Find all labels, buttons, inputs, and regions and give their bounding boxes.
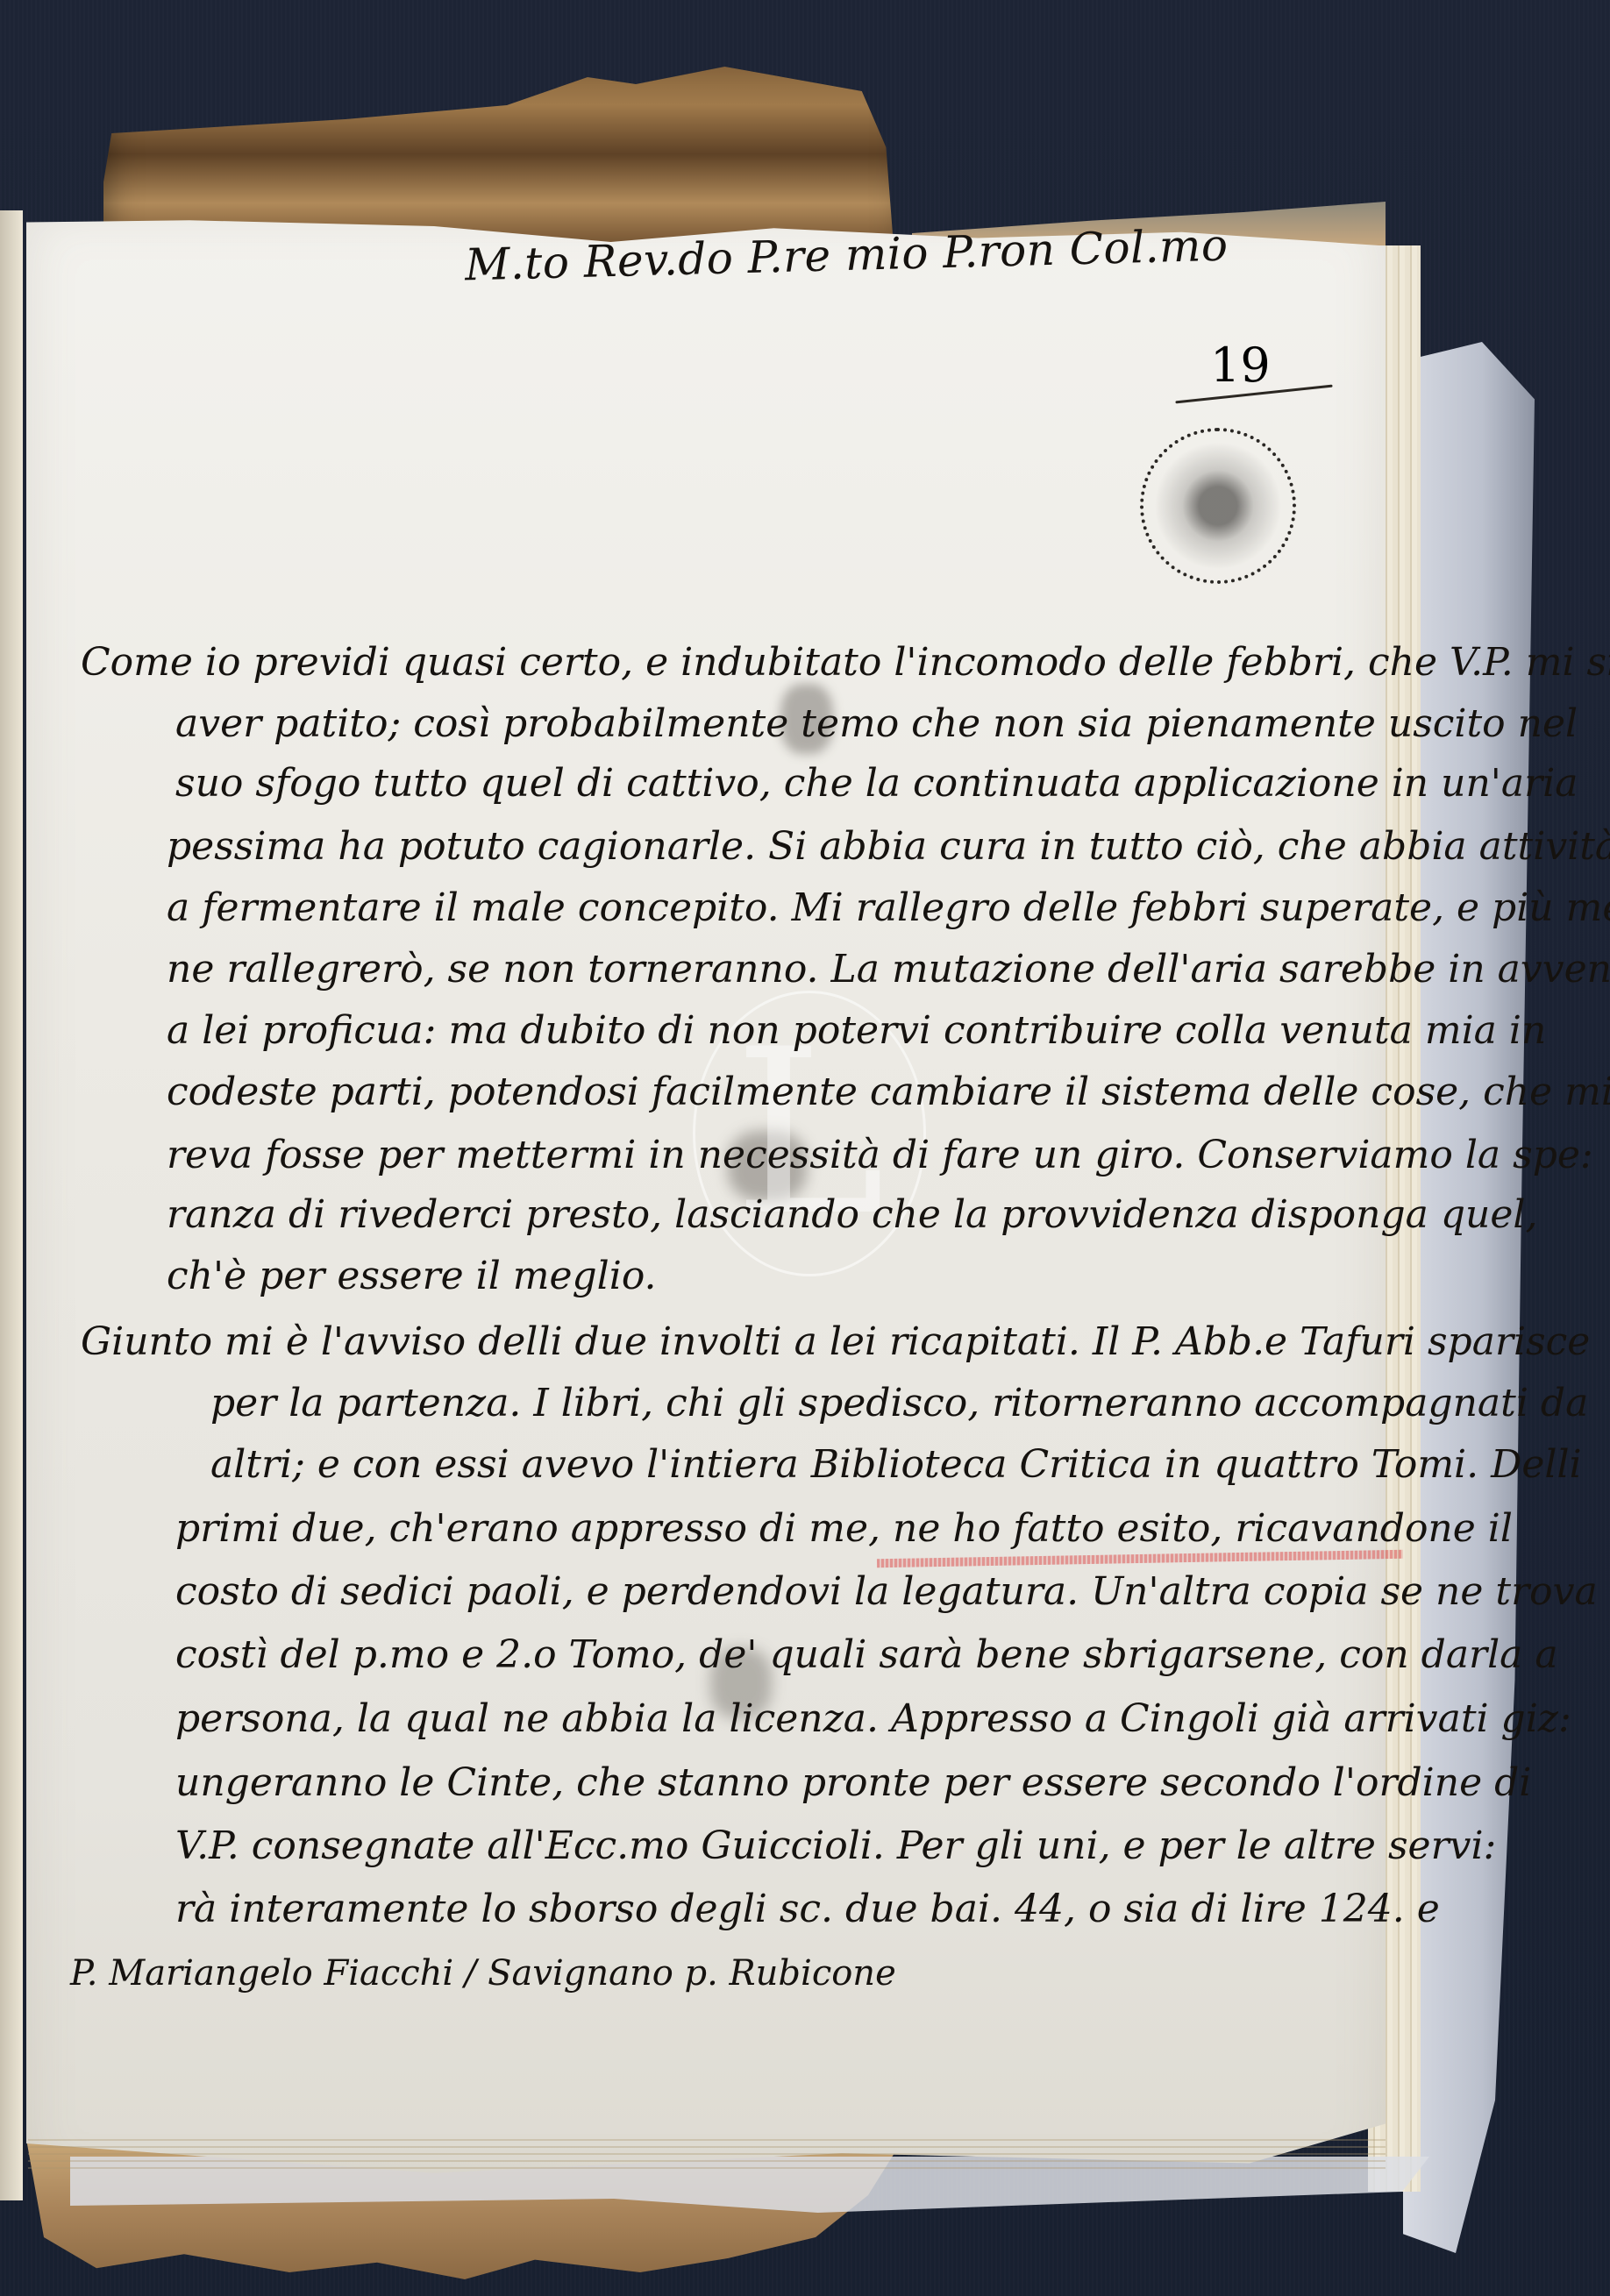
- letter-line: suo sfogo tutto quel di cattivo, che la …: [175, 761, 1578, 806]
- letter-line: ungeranno le Cinte, che stanno pronte pe…: [175, 1760, 1531, 1805]
- letter-line: a fermentare il male concepito. Mi ralle…: [167, 885, 1610, 930]
- letter-line: ch'è per essere il meglio.: [167, 1254, 657, 1298]
- letter-line: ne rallegrerò, se non torneranno. La mut…: [167, 947, 1610, 992]
- letter-line: costì del p.mo e 2.o Tomo, de' quali sar…: [175, 1632, 1558, 1677]
- letter-line: costo di sedici paoli, e perdendovi la l…: [175, 1569, 1598, 1614]
- letter-line: codeste parti, potendosi facilmente camb…: [167, 1070, 1610, 1114]
- letter-line: a lei proficua: ma dubito di non potervi…: [167, 1008, 1546, 1053]
- letter-line: persona, la qual ne abbia la licenza. Ap…: [175, 1696, 1571, 1741]
- letter-line: Giunto mi è l'avviso delli due involti a…: [81, 1319, 1590, 1364]
- letter-body: Come io previdi quasi certo, e indubitat…: [0, 0, 1610, 2296]
- letter-line: primi due, ch'erano appresso di me, ne h…: [175, 1506, 1513, 1551]
- addressee: P. Mariangelo Fiacchi / Savignano p. Rub…: [70, 1953, 896, 1994]
- letter-line: aver patito; così probabilmente temo che…: [175, 701, 1578, 746]
- letter-line: rà interamente lo sborso degli sc. due b…: [175, 1887, 1440, 1931]
- letter-line: ranza di rivederci presto, lasciando che…: [167, 1192, 1537, 1237]
- letter-line: Come io previdi quasi certo, e indubitat…: [81, 640, 1610, 685]
- letter-line: pessima ha potuto cagionarle. Si abbia c…: [167, 824, 1610, 869]
- letter-line: V.P. consegnate all'Ecc.mo Guiccioli. Pe…: [175, 1823, 1496, 1868]
- letter-line: per la partenza. I libri, chi gli spedis…: [210, 1381, 1588, 1425]
- letter-line: reva fosse per mettermi in necessità di …: [167, 1133, 1593, 1177]
- letter-line: altri; e con essi avevo l'intiera Biblio…: [210, 1442, 1582, 1487]
